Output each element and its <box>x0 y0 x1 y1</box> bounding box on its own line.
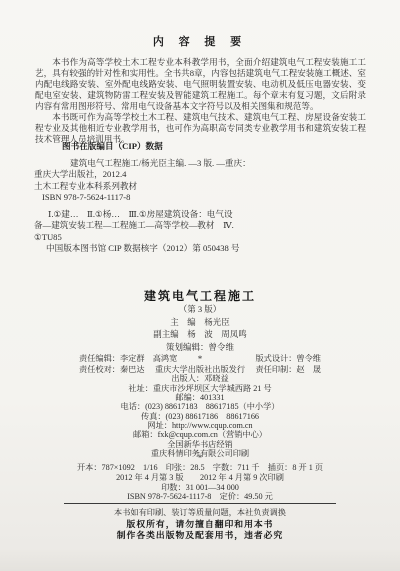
distribution-line: 全国新华书店经销 <box>0 440 400 449</box>
publisher-email-line: 邮箱：fxk@cqup.com.cn（营销中心） <box>0 430 400 439</box>
cip-record-line: 中国版本图书馆 CIP 数据核字（2012）第 050438 号 <box>0 242 400 254</box>
summary-heading: 内 容 提 要 <box>0 33 400 49</box>
chief-editor-line: 主 编 杨光臣 <box>0 317 400 327</box>
copyright-page: 内 容 提 要 本书作为高等学校土木工程专业本科教学用书，全面介绍建筑电气工程安… <box>0 0 400 571</box>
planning-editor-line: 策划编辑：曾令维 <box>0 342 400 352</box>
publisher-line: 电话：(023) 88617183 88617185（中小学） <box>0 402 400 411</box>
printing-info-section: 开本：787×1092 1/16 印张：28.5 字数：711 千 插页：8 开… <box>0 463 400 502</box>
edition-label: （第 3 版） <box>0 304 400 314</box>
isbn-price-line: ISBN 978-7-5624-1117-8 定价：49.50 元 <box>0 492 400 502</box>
cip-isbn-line: ISBN 978-7-5624-1117-8 <box>34 192 400 204</box>
copyright-notice-line: 制作各类出版物及配套用书，违者必究 <box>0 530 400 541</box>
publisher-line: 社址：重庆市沙坪坝区大学城西路 21 号 <box>0 384 400 393</box>
publisher-website-line: 网址：http://www.cqup.com.cn <box>0 421 400 430</box>
quality-note: 本书如有印刷、装订等质量问题，本社负责调换 <box>0 508 400 519</box>
edition-impression-line: 2012 年 4 月第 3 版 2012 年 4 月第 9 次印刷 <box>0 473 400 483</box>
content-summary-section: 内 容 提 要 本书作为高等学校土木工程专业本科教学用书，全面介绍建筑电气工程安… <box>0 33 400 145</box>
publisher-line: 传真：(023) 88617186 88617166 <box>0 412 400 421</box>
format-line: 开本：787×1092 1/16 印张：28.5 字数：711 千 插页：8 开… <box>0 463 400 473</box>
cip-classification-line: Ⅰ.①建… Ⅱ.①杨… Ⅲ.①房屋建筑设备：电气设 <box>34 209 400 221</box>
deputy-editors-line: 副主编 杨 波 周凤鸣 <box>0 329 400 339</box>
copyright-notice-line: 版权所有，请勿擅自翻印和用本书 <box>0 519 400 530</box>
publisher-line: 出版人：邓晓益 <box>0 374 400 383</box>
publisher-section: 重庆大学出版社出版发行 出版人：邓晓益 社址：重庆市沙坪坝区大学城西路 21 号… <box>0 365 400 458</box>
summary-paragraph-1: 本书作为高等学校土木工程专业本科教学用书，全面介绍建筑电气工程安装施工工艺，具有… <box>35 57 366 112</box>
cip-line: 重庆大学出版社，2012.4 <box>34 169 400 181</box>
print-run-line: 印数：31 001—34 000 <box>0 483 400 493</box>
publisher-line: 邮编：401331 <box>0 393 400 402</box>
book-title: 建筑电气工程施工 <box>0 291 400 301</box>
cip-line: 土木工程专业本科系列教材 <box>34 181 400 193</box>
cip-section: 图书在版编目（CIP）数据 建筑电气工程施工/杨光臣主编. —3 版. —重庆：… <box>0 141 400 243</box>
cip-line: 建筑电气工程施工/杨光臣主编. —3 版. —重庆： <box>34 158 400 170</box>
separator-star: * <box>0 453 400 463</box>
cip-heading: 图书在版编目（CIP）数据 <box>34 141 400 153</box>
cip-classification-line: 备—建筑安装工程—工程施工—高等学校—教材 Ⅳ. <box>34 220 400 232</box>
publisher-line: 重庆大学出版社出版发行 <box>0 365 400 374</box>
footer-section: 本书如有印刷、装订等质量问题，本社负责调换 版权所有，请勿擅自翻印和用本书 制作… <box>0 508 400 540</box>
separator-star: * <box>0 354 400 364</box>
footer-divider <box>64 503 336 504</box>
